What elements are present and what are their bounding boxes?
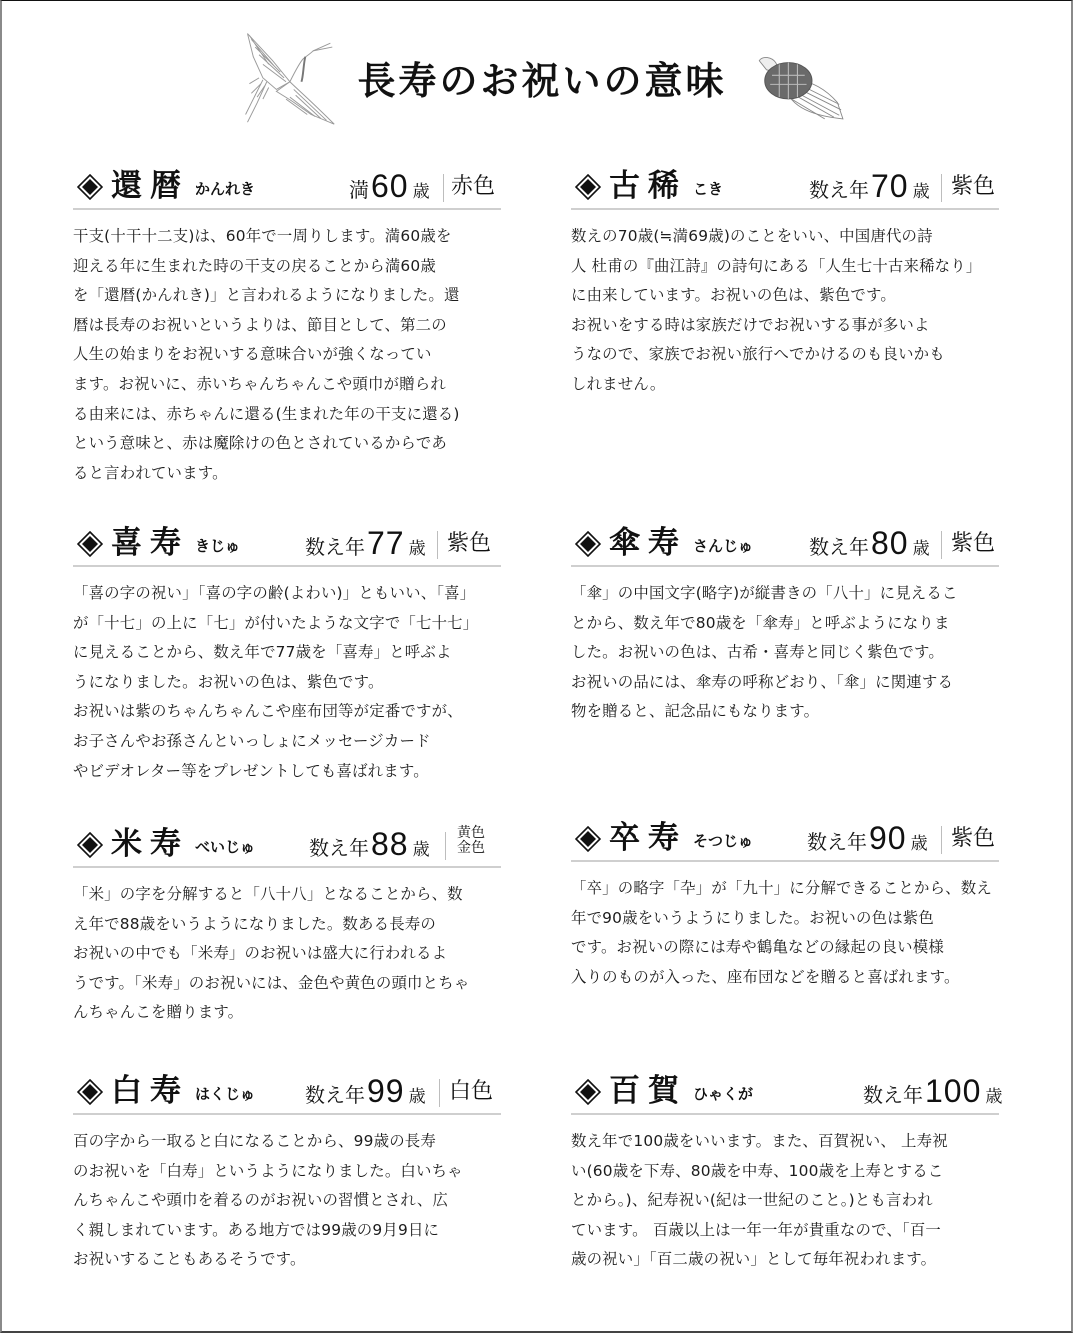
section-kanji: 喜寿 xyxy=(111,523,189,563)
divider xyxy=(437,531,438,559)
color-label: 紫色 xyxy=(447,527,491,561)
section-hyakuga: 百賀 ひゃくが 数え年 100 歳 数え年で100歳をいいます。また、百賀祝い、… xyxy=(571,1073,999,1275)
section-kanji: 傘寿 xyxy=(609,523,687,563)
section-body: 百の字から一取ると白になることから、99歳の長寿 のお祝いを「白寿」というように… xyxy=(73,1127,501,1275)
section-body: 数えの70歳(≒満69歳)のことをいい、中国唐代の詩 人 杜甫の『曲江詩』の詩句… xyxy=(571,222,999,400)
section-header: 還暦 かんれき 満 60 歳 赤色 xyxy=(73,168,501,210)
section-body: 数え年で100歳をいいます。また、百賀祝い、 上寿祝 い(60歳を下寿、80歳を… xyxy=(571,1127,999,1275)
diamond-icon xyxy=(77,1079,103,1105)
section-header: 米寿 べいじゅ 数え年 88 歳 黄色 金色 xyxy=(73,826,501,868)
section-header: 卒寿 そつじゅ 数え年 90 歳 紫色 xyxy=(571,820,999,862)
diamond-icon xyxy=(575,826,601,852)
section-reading: そつじゅ xyxy=(693,830,753,851)
age-label: 数え年 100 歳 xyxy=(863,1073,1002,1109)
diamond-icon xyxy=(575,174,601,200)
section-reading: こき xyxy=(693,178,723,199)
section-kanreki: 還暦 かんれき 満 60 歳 赤色 干支(十干十二支)は、60年で一周りします。… xyxy=(73,168,501,488)
age-label: 数え年 88 歳 xyxy=(309,826,430,862)
divider xyxy=(439,1079,440,1107)
diamond-icon xyxy=(77,832,103,858)
diamond-icon xyxy=(575,531,601,557)
section-kanji: 卒寿 xyxy=(609,818,687,858)
crane-icon xyxy=(234,22,340,128)
color-label: 赤色 xyxy=(451,170,495,204)
turtle-icon xyxy=(752,48,852,128)
section-reading: きじゅ xyxy=(195,535,240,556)
section-reading: さんじゅ xyxy=(693,535,753,556)
section-sotsuju: 卒寿 そつじゅ 数え年 90 歳 紫色 「卒」の略字「卆」が「九十」に分解できる… xyxy=(571,820,999,992)
diamond-icon xyxy=(575,1079,601,1105)
divider xyxy=(941,826,942,854)
section-body: 干支(十干十二支)は、60年で一周りします。満60歳を 迎える年に生まれた時の干… xyxy=(73,222,501,488)
section-body: 「喜の字の祝い」「喜の字の齢(よわい)」ともいい、「喜」 が「十七」の上に「七」… xyxy=(73,579,501,786)
section-reading: はくじゅ xyxy=(195,1083,255,1104)
color-label: 黄色 金色 xyxy=(457,826,485,856)
section-beiju: 米寿 べいじゅ 数え年 88 歳 黄色 金色 「米」の字を分解すると「八十八」と… xyxy=(73,826,501,1028)
diamond-icon xyxy=(77,174,103,200)
divider xyxy=(941,531,942,559)
section-koki: 古稀 こき 数え年 70 歳 紫色 数えの70歳(≒満69歳)のことをいい、中国… xyxy=(571,168,999,400)
color-label: 紫色 xyxy=(951,822,995,856)
age-label: 数え年 77 歳 xyxy=(305,525,426,561)
section-hakuju: 白寿 はくじゅ 数え年 99 歳 白色 百の字から一取ると白になることから、99… xyxy=(73,1073,501,1275)
age-label: 数え年 99 歳 xyxy=(305,1073,426,1109)
age-label: 数え年 80 歳 xyxy=(809,525,930,561)
section-reading: べいじゅ xyxy=(195,836,255,857)
section-kanji: 白寿 xyxy=(111,1071,189,1111)
section-header: 喜寿 きじゅ 数え年 77 歳 紫色 xyxy=(73,525,501,567)
divider xyxy=(443,174,444,202)
age-label: 数え年 70 歳 xyxy=(809,168,930,204)
age-label: 数え年 90 歳 xyxy=(807,820,928,856)
section-sanju: 傘寿 さんじゅ 数え年 80 歳 紫色 「傘」の中国文字(略字)が縦書きの「八十… xyxy=(571,525,999,727)
divider xyxy=(941,174,942,202)
section-header: 傘寿 さんじゅ 数え年 80 歳 紫色 xyxy=(571,525,999,567)
color-label: 紫色 xyxy=(951,170,995,204)
section-kanji: 米寿 xyxy=(111,824,189,864)
section-body: 「米」の字を分解すると「八十八」となることから、数 え年で88歳をいうようになり… xyxy=(73,880,501,1028)
section-kiju: 喜寿 きじゅ 数え年 77 歳 紫色 「喜の字の祝い」「喜の字の齢(よわい)」と… xyxy=(73,525,501,786)
section-kanji: 百賀 xyxy=(609,1071,687,1111)
color-label: 紫色 xyxy=(951,527,995,561)
section-reading: かんれき xyxy=(195,178,255,199)
section-header: 百賀 ひゃくが 数え年 100 歳 xyxy=(571,1073,999,1115)
section-kanji: 還暦 xyxy=(111,166,189,206)
diamond-icon xyxy=(77,531,103,557)
section-header: 白寿 はくじゅ 数え年 99 歳 白色 xyxy=(73,1073,501,1115)
section-kanji: 古稀 xyxy=(609,166,687,206)
page-header: 長寿のお祝いの意味 xyxy=(230,18,860,128)
divider xyxy=(445,832,446,860)
section-reading: ひゃくが xyxy=(693,1083,753,1104)
color-label: 白色 xyxy=(449,1075,493,1109)
section-body: 「傘」の中国文字(略字)が縦書きの「八十」に見えるこ とから、数え年で80歳を「… xyxy=(571,579,999,727)
section-body: 「卒」の略字「卆」が「九十」に分解できることから、数え 年で90歳をいうようにり… xyxy=(571,874,999,992)
age-label: 満 60 歳 xyxy=(349,168,430,204)
page-title: 長寿のお祝いの意味 xyxy=(342,56,742,106)
section-header: 古稀 こき 数え年 70 歳 紫色 xyxy=(571,168,999,210)
